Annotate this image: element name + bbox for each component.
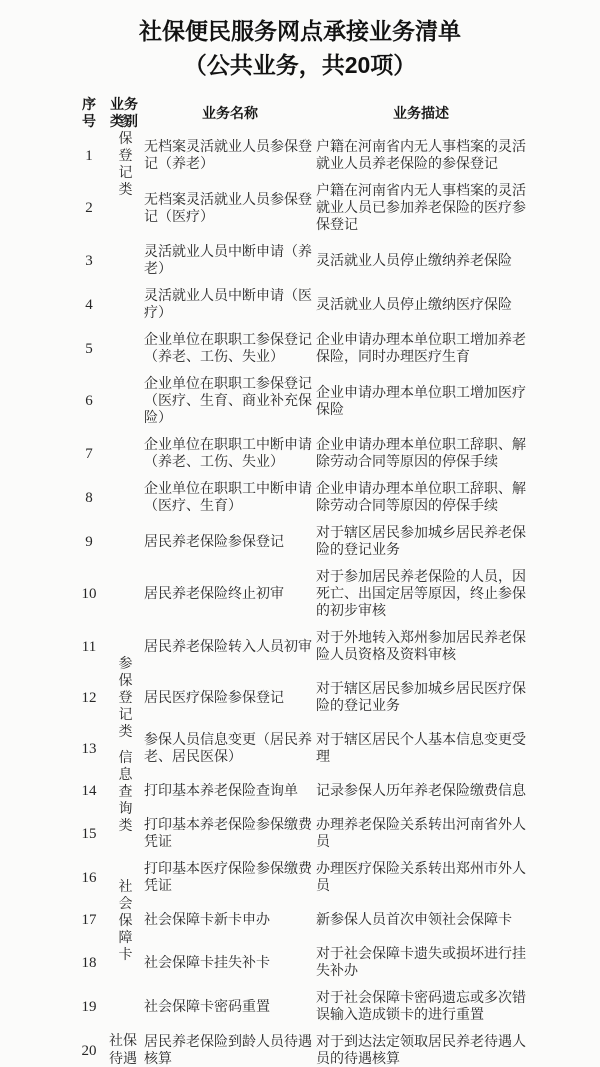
service-name: 企业单位在职职工中断申请（养老、工伤、失业） (144, 437, 316, 471)
service-desc: 户籍在河南省内无人事档案的灵活就业人员养老保险的参保登记 (316, 139, 526, 173)
table-row: 11 居民养老保险转入人员初审 对于外地转入郑州参加居民养老保险人员资格及资料审… (74, 625, 526, 669)
table-row: 8 企业单位在职职工中断申请（医疗、生育） 企业申请办理本单位职工辞职、解除劳动… (74, 476, 526, 520)
service-name: 灵活就业人员中断申请（养老） (144, 244, 316, 278)
row-number: 2 (74, 200, 104, 217)
service-name: 居民医疗保险参保登记 (144, 690, 316, 707)
category-cell (104, 990, 144, 1024)
service-name: 社会保障卡密码重置 (144, 999, 316, 1016)
service-desc: 办理医疗保险关系转出郑州市外人员 (316, 861, 526, 895)
row-number: 8 (74, 490, 104, 507)
row-number: 16 (74, 870, 104, 887)
service-name: 打印基本养老保险查询单 (144, 783, 316, 800)
category-cell: 社保待遇 (104, 1034, 144, 1067)
service-desc: 新参保人员首次申领社会保障卡 (316, 912, 526, 929)
table-row: 15 打印基本养老保险参保缴费凭证 办理养老保险关系转出河南省外人员 (74, 812, 526, 856)
column-header-no: 序号 (74, 97, 104, 131)
row-number: 9 (74, 534, 104, 551)
category-cell (104, 183, 144, 234)
category-cell: 信息查询类 (104, 783, 144, 800)
table-header-row: 序号 业务类别 业务名称 业务描述 (74, 94, 526, 134)
service-desc: 对于社会保障卡遗失或损坏进行挂失补办 (316, 946, 526, 980)
row-number: 17 (74, 912, 104, 929)
service-desc: 对于辖区居民参加城乡居民医疗保险的登记业务 (316, 681, 526, 715)
row-number: 3 (74, 253, 104, 270)
title-line-2: （公共业务，共20项） (0, 48, 600, 82)
service-name: 无档案灵活就业人员参保登记（医疗） (144, 192, 316, 226)
title-line-1: 社保便民服务网点承接业务清单 (0, 14, 600, 48)
category-cell: 参保登记类 (104, 139, 144, 173)
row-number: 14 (74, 783, 104, 800)
service-name: 灵活就业人员中断申请（医疗） (144, 288, 316, 322)
service-name: 企业单位在职职工中断申请（医疗、生育） (144, 481, 316, 515)
row-number: 1 (74, 148, 104, 165)
table-row: 7 企业单位在职职工中断申请（养老、工伤、失业） 企业申请办理本单位职工辞职、解… (74, 432, 526, 476)
service-desc: 对于辖区居民个人基本信息变更受理 (316, 732, 526, 766)
category-cell (104, 376, 144, 427)
row-number: 11 (74, 639, 104, 656)
table-row: 17 社会保障卡 社会保障卡新卡申办 新参保人员首次申领社会保障卡 (74, 907, 526, 934)
service-desc: 对于到达法定领取居民养老待遇人员的待遇核算 (316, 1034, 526, 1067)
service-desc: 记录参保人历年养老保险缴费信息 (316, 783, 526, 800)
table-row: 9 居民养老保险参保登记 对于辖区居民参加城乡居民养老保险的登记业务 (74, 520, 526, 564)
category-cell (104, 817, 144, 851)
table-row: 12 参保登记类 居民医疗保险参保登记 对于辖区居民参加城乡居民医疗保险的登记业… (74, 676, 526, 720)
service-desc: 对于参加居民养老保险的人员，因死亡、出国定居等原因，终止参保的初步审核 (316, 569, 526, 620)
services-table: 序号 业务类别 业务名称 业务描述 1 参保登记类 无档案灵活就业人员参保登记（… (74, 94, 526, 1067)
row-number: 18 (74, 955, 104, 972)
service-name: 企业单位在职职工参保登记（养老、工伤、失业） (144, 332, 316, 366)
row-number: 13 (74, 741, 104, 758)
category-cell (104, 244, 144, 278)
category-cell: 参保登记类 (104, 681, 144, 715)
row-number: 4 (74, 297, 104, 314)
service-desc: 办理养老保险关系转出河南省外人员 (316, 817, 526, 851)
service-name: 社会保障卡新卡申办 (144, 912, 316, 929)
service-name: 居民养老保险转入人员初审 (144, 639, 316, 656)
category-cell (104, 946, 144, 980)
category-cell: 社会保障卡 (104, 912, 144, 929)
table-row: 18 社会保障卡挂失补卡 对于社会保障卡遗失或损坏进行挂失补办 (74, 941, 526, 985)
table-row: 6 企业单位在职职工参保登记（医疗、生育、商业补充保险） 企业申请办理本单位职工… (74, 371, 526, 432)
category-label: 社保待遇 (109, 1033, 139, 1067)
service-desc: 对于外地转入郑州参加居民养老保险人员资格及资料审核 (316, 630, 526, 664)
service-name: 居民养老保险到龄人员待遇核算 (144, 1034, 316, 1067)
service-name: 打印基本养老保险参保缴费凭证 (144, 817, 316, 851)
service-desc: 灵活就业人员停止缴纳医疗保险 (316, 297, 526, 314)
column-header-desc: 业务描述 (316, 106, 526, 123)
service-desc: 户籍在河南省内无人事档案的灵活就业人员已参加养老保险的医疗参保登记 (316, 183, 526, 234)
service-desc: 灵活就业人员停止缴纳养老保险 (316, 253, 526, 270)
category-cell (104, 569, 144, 620)
service-desc: 企业申请办理本单位职工辞职、解除劳动合同等原因的停保手续 (316, 437, 526, 471)
table-row: 13 参保人员信息变更（居民养老、居民医保） 对于辖区居民个人基本信息变更受理 (74, 727, 526, 771)
service-name: 打印基本医疗保险参保缴费凭证 (144, 861, 316, 895)
table-row: 5 企业单位在职职工参保登记（养老、工伤、失业） 企业申请办理本单位职工增加养老… (74, 327, 526, 371)
category-cell (104, 332, 144, 366)
service-name: 参保人员信息变更（居民养老、居民医保） (144, 732, 316, 766)
service-desc: 企业申请办理本单位职工增加医疗保险 (316, 385, 526, 419)
table-row: 10 居民养老保险终止初审 对于参加居民养老保险的人员，因死亡、出国定居等原因，… (74, 564, 526, 625)
table-row: 2 无档案灵活就业人员参保登记（医疗） 户籍在河南省内无人事档案的灵活就业人员已… (74, 178, 526, 239)
row-number: 6 (74, 393, 104, 410)
service-name: 无档案灵活就业人员参保登记（养老） (144, 139, 316, 173)
service-name: 居民养老保险参保登记 (144, 534, 316, 551)
service-name: 社会保障卡挂失补卡 (144, 955, 316, 972)
row-number: 20 (74, 1043, 104, 1060)
table-row: 19 社会保障卡密码重置 对于社会保障卡密码遗忘或多次错误输入造成锁卡的进行重置 (74, 985, 526, 1029)
service-desc: 对于辖区居民参加城乡居民养老保险的登记业务 (316, 525, 526, 559)
document-title: 社保便民服务网点承接业务清单 （公共业务，共20项） (0, 0, 600, 82)
table-row: 16 打印基本医疗保险参保缴费凭证 办理医疗保险关系转出郑州市外人员 (74, 856, 526, 900)
service-name: 企业单位在职职工参保登记（医疗、生育、商业补充保险） (144, 376, 316, 427)
row-number: 7 (74, 446, 104, 463)
category-cell (104, 481, 144, 515)
row-number: 19 (74, 999, 104, 1016)
category-cell (104, 437, 144, 471)
table-row: 3 灵活就业人员中断申请（养老） 灵活就业人员停止缴纳养老保险 (74, 239, 526, 283)
row-number: 10 (74, 586, 104, 603)
table-row: 4 灵活就业人员中断申请（医疗） 灵活就业人员停止缴纳医疗保险 (74, 283, 526, 327)
category-cell (104, 525, 144, 559)
service-desc: 企业申请办理本单位职工辞职、解除劳动合同等原因的停保手续 (316, 481, 526, 515)
service-desc: 对于社会保障卡密码遗忘或多次错误输入造成锁卡的进行重置 (316, 990, 526, 1024)
row-number: 5 (74, 341, 104, 358)
row-number: 12 (74, 690, 104, 707)
column-header-name: 业务名称 (144, 106, 316, 123)
row-number: 15 (74, 826, 104, 843)
category-cell (104, 288, 144, 322)
service-name: 居民养老保险终止初审 (144, 586, 316, 603)
table-row: 1 参保登记类 无档案灵活就业人员参保登记（养老） 户籍在河南省内无人事档案的灵… (74, 134, 526, 178)
table-row: 20 社保待遇 居民养老保险到龄人员待遇核算 对于到达法定领取居民养老待遇人员的… (74, 1029, 526, 1067)
table-row: 14 信息查询类 打印基本养老保险查询单 记录参保人历年养老保险缴费信息 (74, 778, 526, 805)
document-page: 社保便民服务网点承接业务清单 （公共业务，共20项） 序号 业务类别 业务名称 … (0, 0, 600, 1067)
service-desc: 企业申请办理本单位职工增加养老保险，同时办理医疗生育 (316, 332, 526, 366)
